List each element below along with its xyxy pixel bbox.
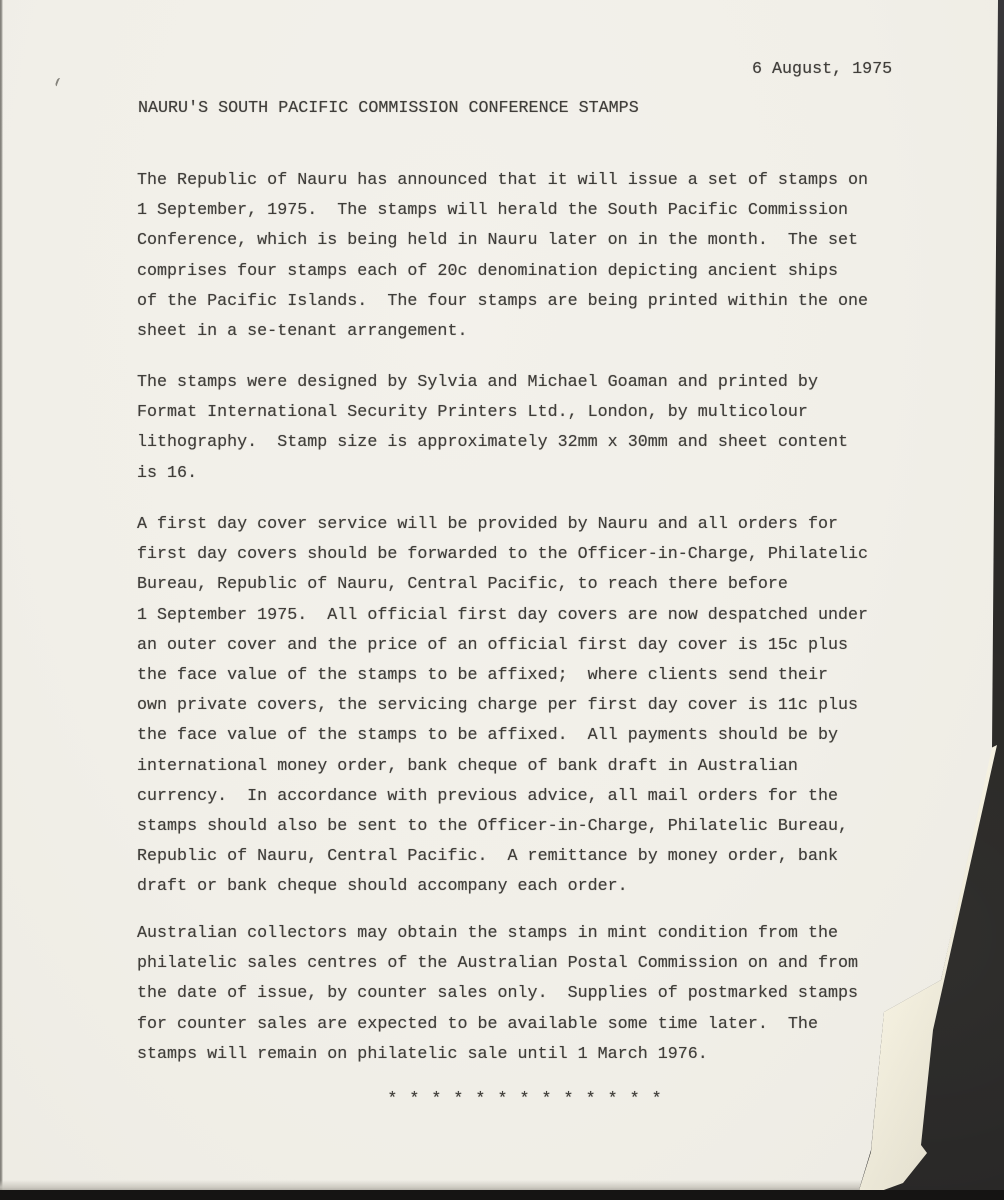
scanned-document-view: 6 August, 1975 NAURU'S SOUTH PACIFIC COM… [0,0,1004,1200]
paragraph-issue-announcement: The Republic of Nauru has announced that… [137,166,868,347]
document-page: 6 August, 1975 NAURU'S SOUTH PACIFIC COM… [0,0,1004,1200]
paragraph-australian-collectors: Australian collectors may obtain the sta… [137,919,858,1070]
scanner-bed-bottom-bar [0,1190,1004,1200]
date-line: 6 August, 1975 [752,55,892,85]
page-left-edge [0,0,3,1193]
ink-speck [55,77,64,88]
paragraph-design-printing: The stamps were designed by Sylvia and M… [137,368,848,489]
paragraph-first-day-cover: A first day cover service will be provid… [137,510,868,903]
asterisk-separator: * * * * * * * * * * * * * [150,1085,900,1115]
document-title: NAURU'S SOUTH PACIFIC COMMISSION CONFERE… [138,94,639,124]
